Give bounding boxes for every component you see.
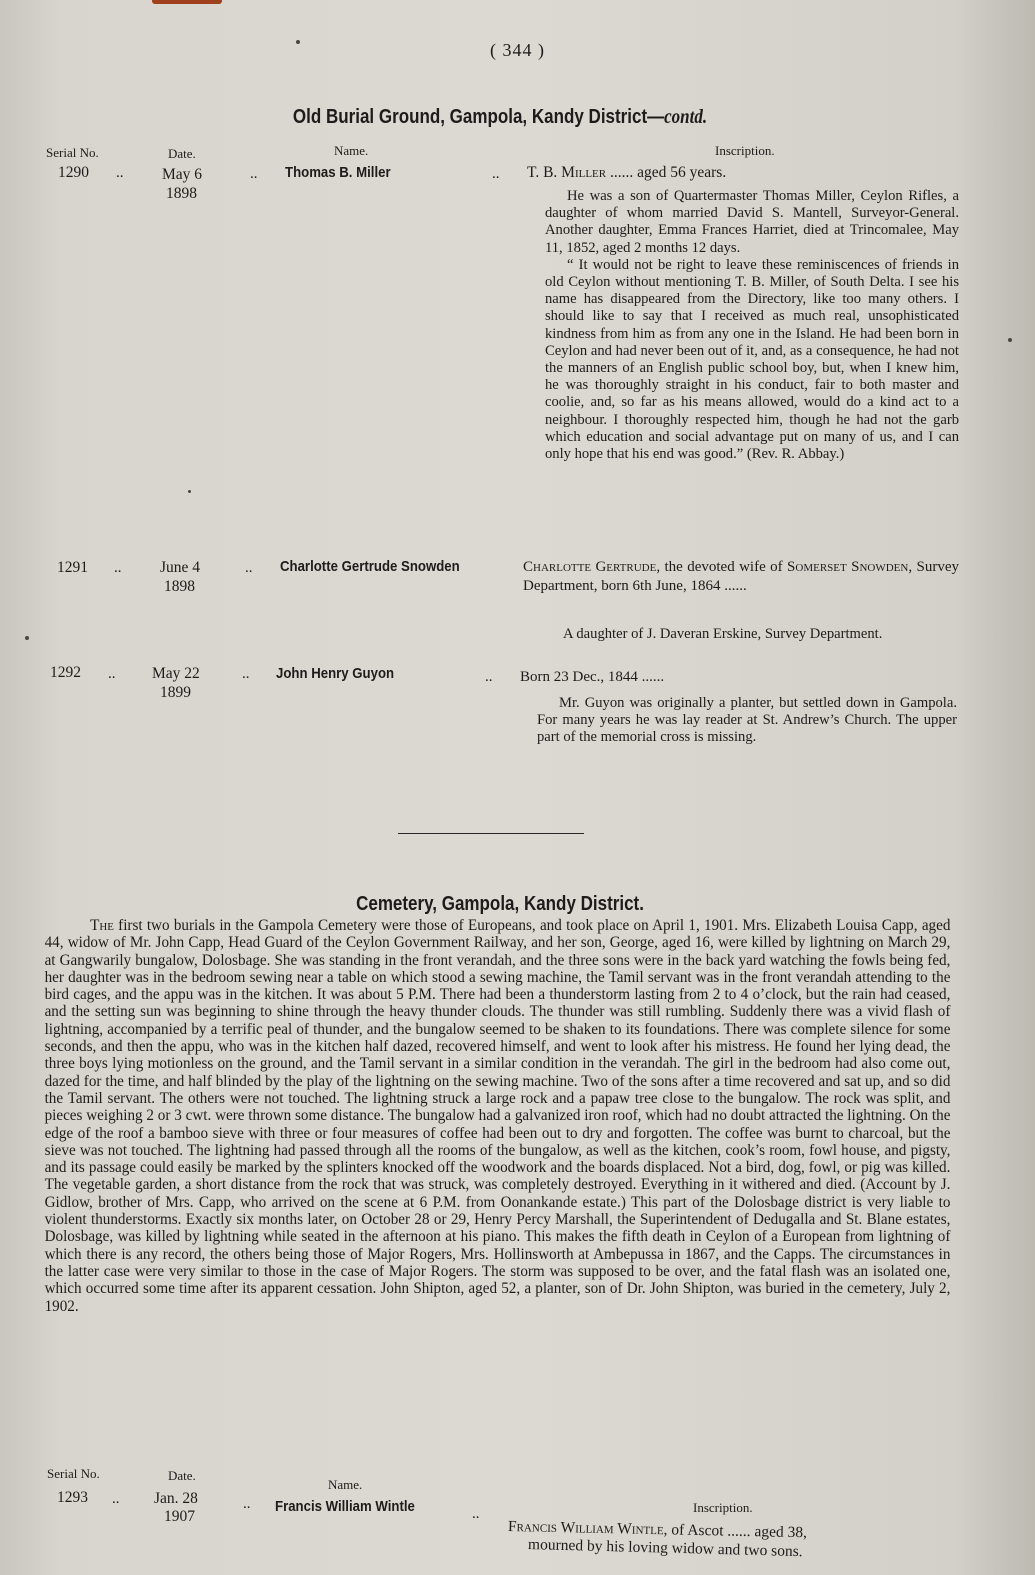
leader-dots: ..: [243, 1496, 251, 1513]
date-year: 1899: [160, 684, 191, 702]
column-header-name: Name.: [328, 1477, 362, 1493]
inscription-quote: “ It would not be right to leave these r…: [545, 257, 959, 463]
section-title-text: Old Burial Ground, Gampola, Kandy Distri…: [293, 106, 664, 128]
page-number: ( 344 ): [0, 40, 1035, 61]
leader-dots: ..: [485, 669, 493, 686]
serial-number: 1293: [57, 1489, 88, 1507]
column-header-serial: Serial No.: [46, 145, 99, 161]
column-header-inscription: Inscription.: [715, 143, 775, 159]
leader-dots: ..: [250, 166, 258, 183]
section-title-contd: contd.: [664, 106, 707, 128]
leader-dots: ..: [245, 560, 253, 577]
person-name: Francis William Wintle: [275, 1498, 415, 1516]
leader-dots: ..: [242, 666, 250, 683]
leader-dots: ..: [108, 666, 116, 683]
date-year: 1898: [166, 185, 197, 203]
inscription-paragraph: Mr. Guyon was originally a planter, but …: [537, 695, 957, 747]
inscription-text-part: , the devoted wife of: [656, 559, 787, 575]
inscription-heading-line: Charlotte Gertrude, the devoted wife of …: [523, 558, 959, 595]
serial-number: 1290: [58, 164, 89, 182]
inscription-text-part: , of Ascot ...... aged 38,: [663, 1521, 807, 1541]
leader-dots: ..: [114, 560, 122, 577]
inscription-text: He was a son of Quartermaster Thomas Mil…: [545, 188, 959, 463]
serial-number: 1291: [57, 559, 88, 577]
column-header-inscription: Inscription.: [693, 1500, 753, 1516]
inscription-name: T. B. Miller: [527, 164, 606, 181]
inscription-text: A daughter of J. Daveran Erskine, Survey…: [541, 626, 959, 643]
leader-dots: ..: [492, 166, 500, 183]
narrative-paragraph: The first two burials in the Gampola Cem…: [45, 917, 951, 1315]
inscription-heading: Born 23 Dec., 1844 ......: [520, 668, 664, 686]
inscription-name: Charlotte Gertrude: [523, 559, 656, 575]
leader-dots: ..: [472, 1506, 480, 1523]
paper-speck: [1008, 338, 1012, 342]
leader-dots: ..: [116, 165, 124, 182]
leader-dots: ..: [112, 1491, 120, 1508]
narrative-lead-word: The: [90, 917, 114, 934]
section-title-old-burial-ground: Old Burial Ground, Gampola, Kandy Distri…: [75, 106, 925, 129]
paper-speck: [25, 636, 29, 640]
column-header-date: Date.: [168, 146, 196, 162]
inscription-paragraph: He was a son of Quartermaster Thomas Mil…: [545, 188, 959, 257]
person-name: Charlotte Gertrude Snowden: [280, 558, 460, 576]
date-year: 1907: [164, 1508, 195, 1526]
date-day: June 4: [160, 559, 200, 577]
person-name: John Henry Guyon: [276, 665, 394, 683]
inscription-heading: T. B. Miller ...... aged 56 years.: [527, 164, 726, 182]
date-day: Jan. 28: [154, 1490, 198, 1508]
inscription-paragraph: A daughter of J. Daveran Erskine, Survey…: [541, 626, 959, 643]
narrative-text: first two burials in the Gampola Cemeter…: [45, 917, 951, 1315]
date-day: May 6: [162, 166, 202, 184]
date-year: 1898: [164, 578, 195, 596]
inscription-age: ...... aged 56 years.: [606, 164, 726, 181]
section-divider: [398, 833, 584, 834]
cemetery-narrative: The first two burials in the Gampola Cem…: [45, 917, 951, 1315]
column-header-date: Date.: [168, 1468, 196, 1484]
inscription-husband-name: Somerset Snowden: [787, 559, 908, 575]
page-edge-mark: [152, 0, 222, 4]
inscription-heading: Charlotte Gertrude, the devoted wife of …: [523, 558, 959, 595]
date-day: May 22: [152, 665, 200, 683]
paper-speck: [188, 490, 191, 493]
column-header-serial: Serial No.: [47, 1466, 100, 1482]
inscription-text: Mr. Guyon was originally a planter, but …: [537, 695, 957, 747]
section-title-cemetery: Cemetery, Gampola, Kandy District.: [75, 893, 925, 916]
paper-speck: [296, 40, 300, 44]
serial-number: 1292: [50, 664, 81, 682]
column-header-name: Name.: [334, 143, 368, 159]
person-name: Thomas B. Miller: [285, 164, 391, 182]
